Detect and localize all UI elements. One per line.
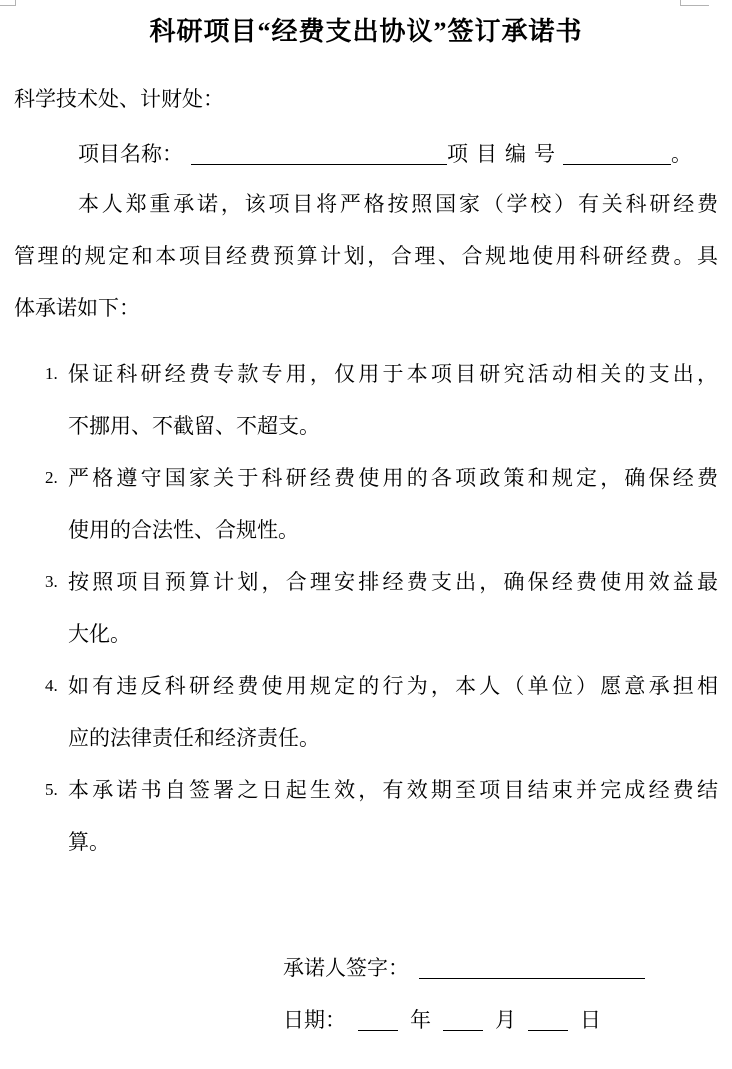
signer-signature-blank-field[interactable] [419,956,645,979]
document-content: 科研项目“经费支出协议”签订承诺书 科学技术处、计财处： 项目名称：项目编号。 … [14,0,718,1046]
commitment-line: 如有违反科研经费使用规定的行为，本人（单位）愿意承担相 [68,660,718,712]
commitment-item: 2. 严格遵守国家关于科研经费使用的各项政策和规定，确保经费 使用的合法性、合规… [14,452,718,556]
commitment-line: 严格遵守国家关于科研经费使用的各项政策和规定，确保经费 [68,452,718,504]
date-line: 日期：年月日 [283,994,718,1046]
intro-line: 管理的规定和本项目经费预算计划，合理、合规地使用科研经费。具 [14,230,718,282]
document-page: 科研项目“经费支出协议”签订承诺书 科学技术处、计财处： 项目名称：项目编号。 … [0,0,732,1069]
commitment-list: 1. 保证科研经费专款专用，仅用于本项目研究活动相关的支出， 不挪用、不截留、不… [14,348,718,868]
project-number-blank-field[interactable] [563,142,671,165]
commitment-item: 3. 按照项目预算计划，合理安排经费支出，确保经费使用效益最 大化。 [14,556,718,660]
item-number: 3. [45,556,58,608]
date-day-blank-field[interactable] [528,1008,568,1031]
project-name-blank-field[interactable] [191,142,447,165]
commitment-line: 不挪用、不截留、不超支。 [68,400,718,452]
commitment-line: 算。 [68,816,718,868]
date-label: 日期： [283,1008,346,1032]
item-number: 2. [45,452,58,504]
end-punctuation: 。 [671,142,692,166]
commitment-item: 4. 如有违反科研经费使用规定的行为，本人（单位）愿意承担相 应的法律责任和经济… [14,660,718,764]
project-number-label: 项目编号 [447,142,563,166]
project-name-label: 项目名称： [78,142,183,166]
item-number: 5. [45,764,58,816]
intro-line: 本人郑重承诺，该项目将严格按照国家（学校）有关科研经费 [14,178,718,230]
signer-label: 承诺人签字： [283,956,409,980]
commitment-line: 大化。 [68,608,718,660]
year-label: 年 [410,1008,431,1032]
item-number: 4. [45,660,58,712]
commitment-line: 保证科研经费专款专用，仅用于本项目研究活动相关的支出， [68,348,718,400]
date-month-blank-field[interactable] [443,1008,483,1031]
item-number: 1. [45,348,58,400]
project-info-line: 项目名称：项目编号。 [14,136,718,172]
date-year-blank-field[interactable] [358,1008,398,1031]
commitment-line: 按照项目预算计划，合理安排经费支出，确保经费使用效益最 [68,556,718,608]
signer-line: 承诺人签字： [283,942,718,994]
intro-line: 体承诺如下： [14,282,718,334]
signature-block: 承诺人签字： 日期：年月日 [14,942,718,1046]
commitment-item: 1. 保证科研经费专款专用，仅用于本项目研究活动相关的支出， 不挪用、不截留、不… [14,348,718,452]
commitment-line: 应的法律责任和经济责任。 [68,712,718,764]
commitment-item: 5. 本承诺书自签署之日起生效，有效期至项目结束并完成经费结 算。 [14,764,718,868]
intro-paragraph: 本人郑重承诺，该项目将严格按照国家（学校）有关科研经费 管理的规定和本项目经费预… [14,178,718,334]
commitment-line: 本承诺书自签署之日起生效，有效期至项目结束并完成经费结 [68,764,718,816]
day-label: 日 [580,1008,601,1032]
month-label: 月 [495,1008,516,1032]
commitment-line: 使用的合法性、合规性。 [68,504,718,556]
document-title: 科研项目“经费支出协议”签订承诺书 [14,0,718,48]
greeting-line: 科学技术处、计财处： [14,86,718,112]
